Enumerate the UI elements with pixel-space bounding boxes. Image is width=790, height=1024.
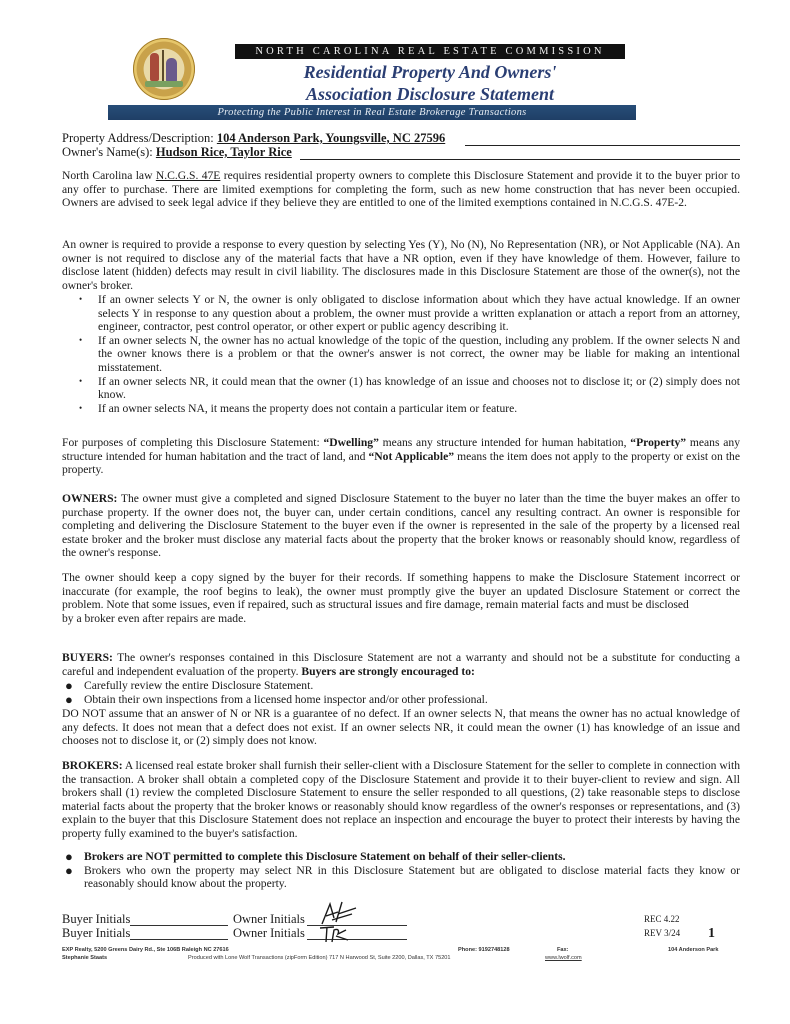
bullet-icon: ● — [65, 693, 73, 707]
list-item: ●Obtain their own inspections from a lic… — [62, 693, 740, 707]
ncgs-47e-link[interactable]: N.C.G.S. 47E — [156, 169, 221, 182]
property-address-row: Property Address/Description: 104 Anders… — [62, 131, 445, 145]
property-address-value[interactable]: 104 Anderson Park, Youngsville, NC 27596 — [217, 131, 445, 145]
bullet-icon: • — [79, 293, 82, 307]
bullet-icon: ● — [65, 864, 73, 878]
brokers-list: ●Brokers are NOT permitted to complete t… — [62, 850, 740, 891]
owners-name-row: Owner's Name(s): Hudson Rice, Taylor Ric… — [62, 145, 292, 159]
owners-underline — [300, 159, 740, 160]
owners-name-label: Owner's Name(s): — [62, 145, 153, 159]
footer-agent: Stephanie Staats — [62, 954, 107, 962]
rec-code: REC 4.22 — [644, 914, 680, 924]
list-item: ●Carefully review the entire Disclosure … — [62, 679, 740, 693]
footer-produced: Produced with Lone Wolf Transactions (zi… — [188, 954, 451, 962]
buyers-warning: DO NOT assume that an answer of N or NR … — [62, 707, 740, 748]
property-address-label: Property Address/Description: — [62, 131, 214, 145]
buyers-list: ●Carefully review the entire Disclosure … — [62, 679, 740, 706]
bullet-icon: • — [79, 402, 82, 416]
footer-brokerage: EXP Realty, 5200 Greens Dairy Rd., Ste 1… — [62, 946, 229, 954]
footer-phone: Phone: 9192748128 — [458, 946, 510, 954]
brokers-section: BROKERS: A licensed real estate broker s… — [62, 759, 740, 841]
brokers-heading: BROKERS: — [62, 759, 123, 772]
definitions-paragraph: For purposes of completing this Disclosu… — [62, 436, 740, 477]
bullet-icon: ● — [65, 850, 73, 864]
list-item: •If an owner selects Y or N, the owner i… — [62, 293, 740, 334]
address-underline — [465, 145, 740, 146]
form-title-line2: Association Disclosure Statement — [220, 84, 640, 105]
bullet-icon: • — [79, 334, 82, 348]
intro-paragraph: North Carolina law N.C.G.S. 47E requires… — [62, 169, 740, 210]
owners-heading: OWNERS: — [62, 492, 117, 505]
owner-copy-paragraph: The owner should keep a copy signed by t… — [62, 571, 740, 625]
tagline-banner: Protecting the Public Interest in Real E… — [108, 105, 636, 120]
footer-fax: Fax: — [557, 946, 569, 954]
buyers-heading: BUYERS: — [62, 651, 113, 664]
list-item: •If an owner selects N, the owner has no… — [62, 334, 740, 375]
response-options-list: •If an owner selects Y or N, the owner i… — [62, 293, 740, 415]
bullet-icon: • — [79, 375, 82, 389]
buyer-initials-field-2[interactable] — [130, 939, 228, 940]
owner-initials-label-2: Owner Initials — [233, 926, 305, 941]
owner-signature-2-icon — [318, 924, 358, 944]
form-title-line1: Residential Property And Owners' — [220, 62, 640, 83]
commission-banner: NORTH CAROLINA REAL ESTATE COMMISSION — [235, 44, 625, 59]
bullet-icon: ● — [65, 679, 73, 693]
list-item: ●Brokers are NOT permitted to complete t… — [62, 850, 740, 864]
disclosure-page: NORTH CAROLINA REAL ESTATE COMMISSION Re… — [0, 0, 790, 1024]
response-options-paragraph: An owner is required to provide a respon… — [62, 238, 740, 292]
owners-section: OWNERS: The owner must give a completed … — [62, 492, 740, 560]
page-number: 1 — [708, 926, 715, 942]
list-item: ●Brokers who own the property may select… — [62, 864, 740, 891]
nc-seal-icon — [133, 38, 195, 100]
list-item: •If an owner selects NR, it could mean t… — [62, 375, 740, 402]
footer-property: 104 Anderson Park — [668, 946, 718, 954]
footer-website-link[interactable]: www.lwolf.com — [545, 954, 582, 962]
rev-code: REV 3/24 — [644, 928, 680, 938]
list-item: •If an owner selects NA, it means the pr… — [62, 402, 740, 416]
buyer-initials-label-1: Buyer Initials — [62, 912, 130, 927]
owner-initials-label-1: Owner Initials — [233, 912, 305, 927]
buyer-initials-label-2: Buyer Initials — [62, 926, 130, 941]
owners-name-value[interactable]: Hudson Rice, Taylor Rice — [156, 145, 292, 159]
buyer-initials-field-1[interactable] — [130, 925, 228, 926]
buyers-section: BUYERS: The owner's responses contained … — [62, 651, 740, 678]
